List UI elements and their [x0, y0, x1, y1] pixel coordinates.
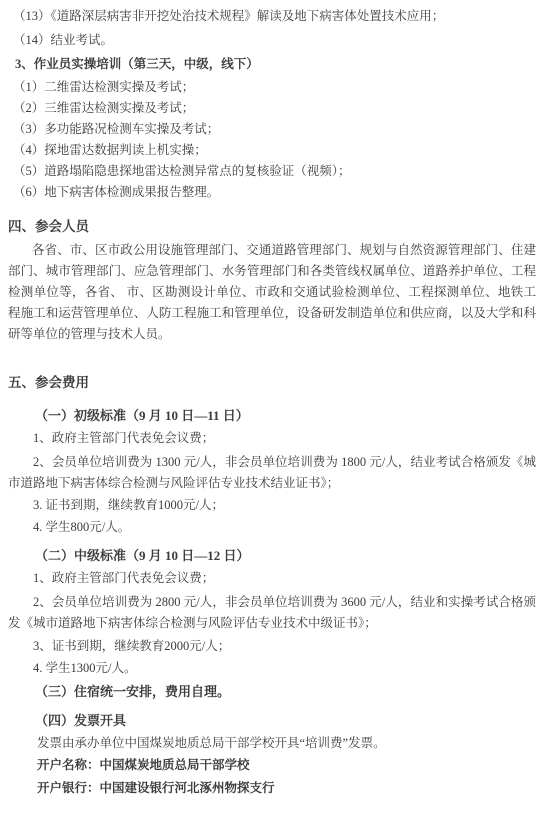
outline-item-13: （13）《道路深层病害非开挖处治技术规程》解读及地下病害体处置技术应用；	[13, 6, 536, 27]
operator-training-item-1: （1）二维雷达检测实操及考试；	[13, 77, 536, 98]
intermediate-fee-item-3: 3、证书到期，继续教育2000元/人；	[8, 636, 536, 657]
junior-fee-item-1: 1、政府主管部门代表免会议费；	[8, 428, 536, 449]
operator-training-heading: 3、作业员实操培训（第三天，中级，线下）	[15, 54, 536, 75]
operator-training-item-5: （5）道路塌陷隐患探地雷达检测异常点的复核验证（视频）；	[13, 161, 536, 182]
invoice-note: 发票由承办单位中国煤炭地质总局干部学校开具“培训费”发票。	[8, 733, 536, 754]
operator-training-item-4: （4）探地雷达数据判读上机实操；	[13, 140, 536, 161]
section-fees-heading: 五、参会费用	[8, 372, 536, 393]
accommodation-heading: （三）住宿统一安排，费用自理。	[8, 681, 536, 702]
outline-item-14: （14）结业考试。	[13, 30, 536, 51]
document-page: （13）《道路深层病害非开挖处治技术规程》解读及地下病害体处置技术应用； （14…	[0, 0, 544, 823]
operator-training-item-6: （6）地下病害体检测成果报告整理。	[13, 182, 536, 203]
junior-fee-item-2: 2、会员单位培训费为 1300 元/人，非会员单位培训费为 1800 元/人，结…	[8, 452, 536, 494]
invoice-account-name: 开户名称：中国煤炭地质总局干部学校	[8, 755, 536, 776]
intermediate-fee-item-1: 1、政府主管部门代表免会议费；	[8, 568, 536, 589]
section-participants-heading: 四、参会人员	[8, 216, 536, 237]
invoice-heading: （四）发票开具	[8, 710, 536, 731]
junior-standard-heading: （一）初级标准（9 月 10 日—11 日）	[8, 405, 536, 426]
participants-paragraph: 各省、市、区市政公用设施管理部门、交通道路管理部门、规划与自然资源管理部门、住建…	[8, 240, 536, 345]
intermediate-fee-item-4: 4. 学生1300元/人。	[8, 658, 536, 679]
junior-fee-item-3: 3. 证书到期，继续教育1000元/人；	[8, 495, 536, 516]
invoice-bank: 开户银行：中国建设银行河北涿州物探支行	[8, 778, 536, 799]
operator-training-item-3: （3）多功能路况检测车实操及考试；	[13, 119, 536, 140]
junior-fee-item-4: 4. 学生800元/人。	[8, 517, 536, 538]
operator-training-item-2: （2）三维雷达检测实操及考试；	[13, 98, 536, 119]
intermediate-standard-heading: （二）中级标准（9 月 10 日—12 日）	[8, 545, 536, 566]
intermediate-fee-item-2: 2、会员单位培训费为 2800 元/人，非会员单位培训费为 3600 元/人，结…	[8, 592, 536, 634]
